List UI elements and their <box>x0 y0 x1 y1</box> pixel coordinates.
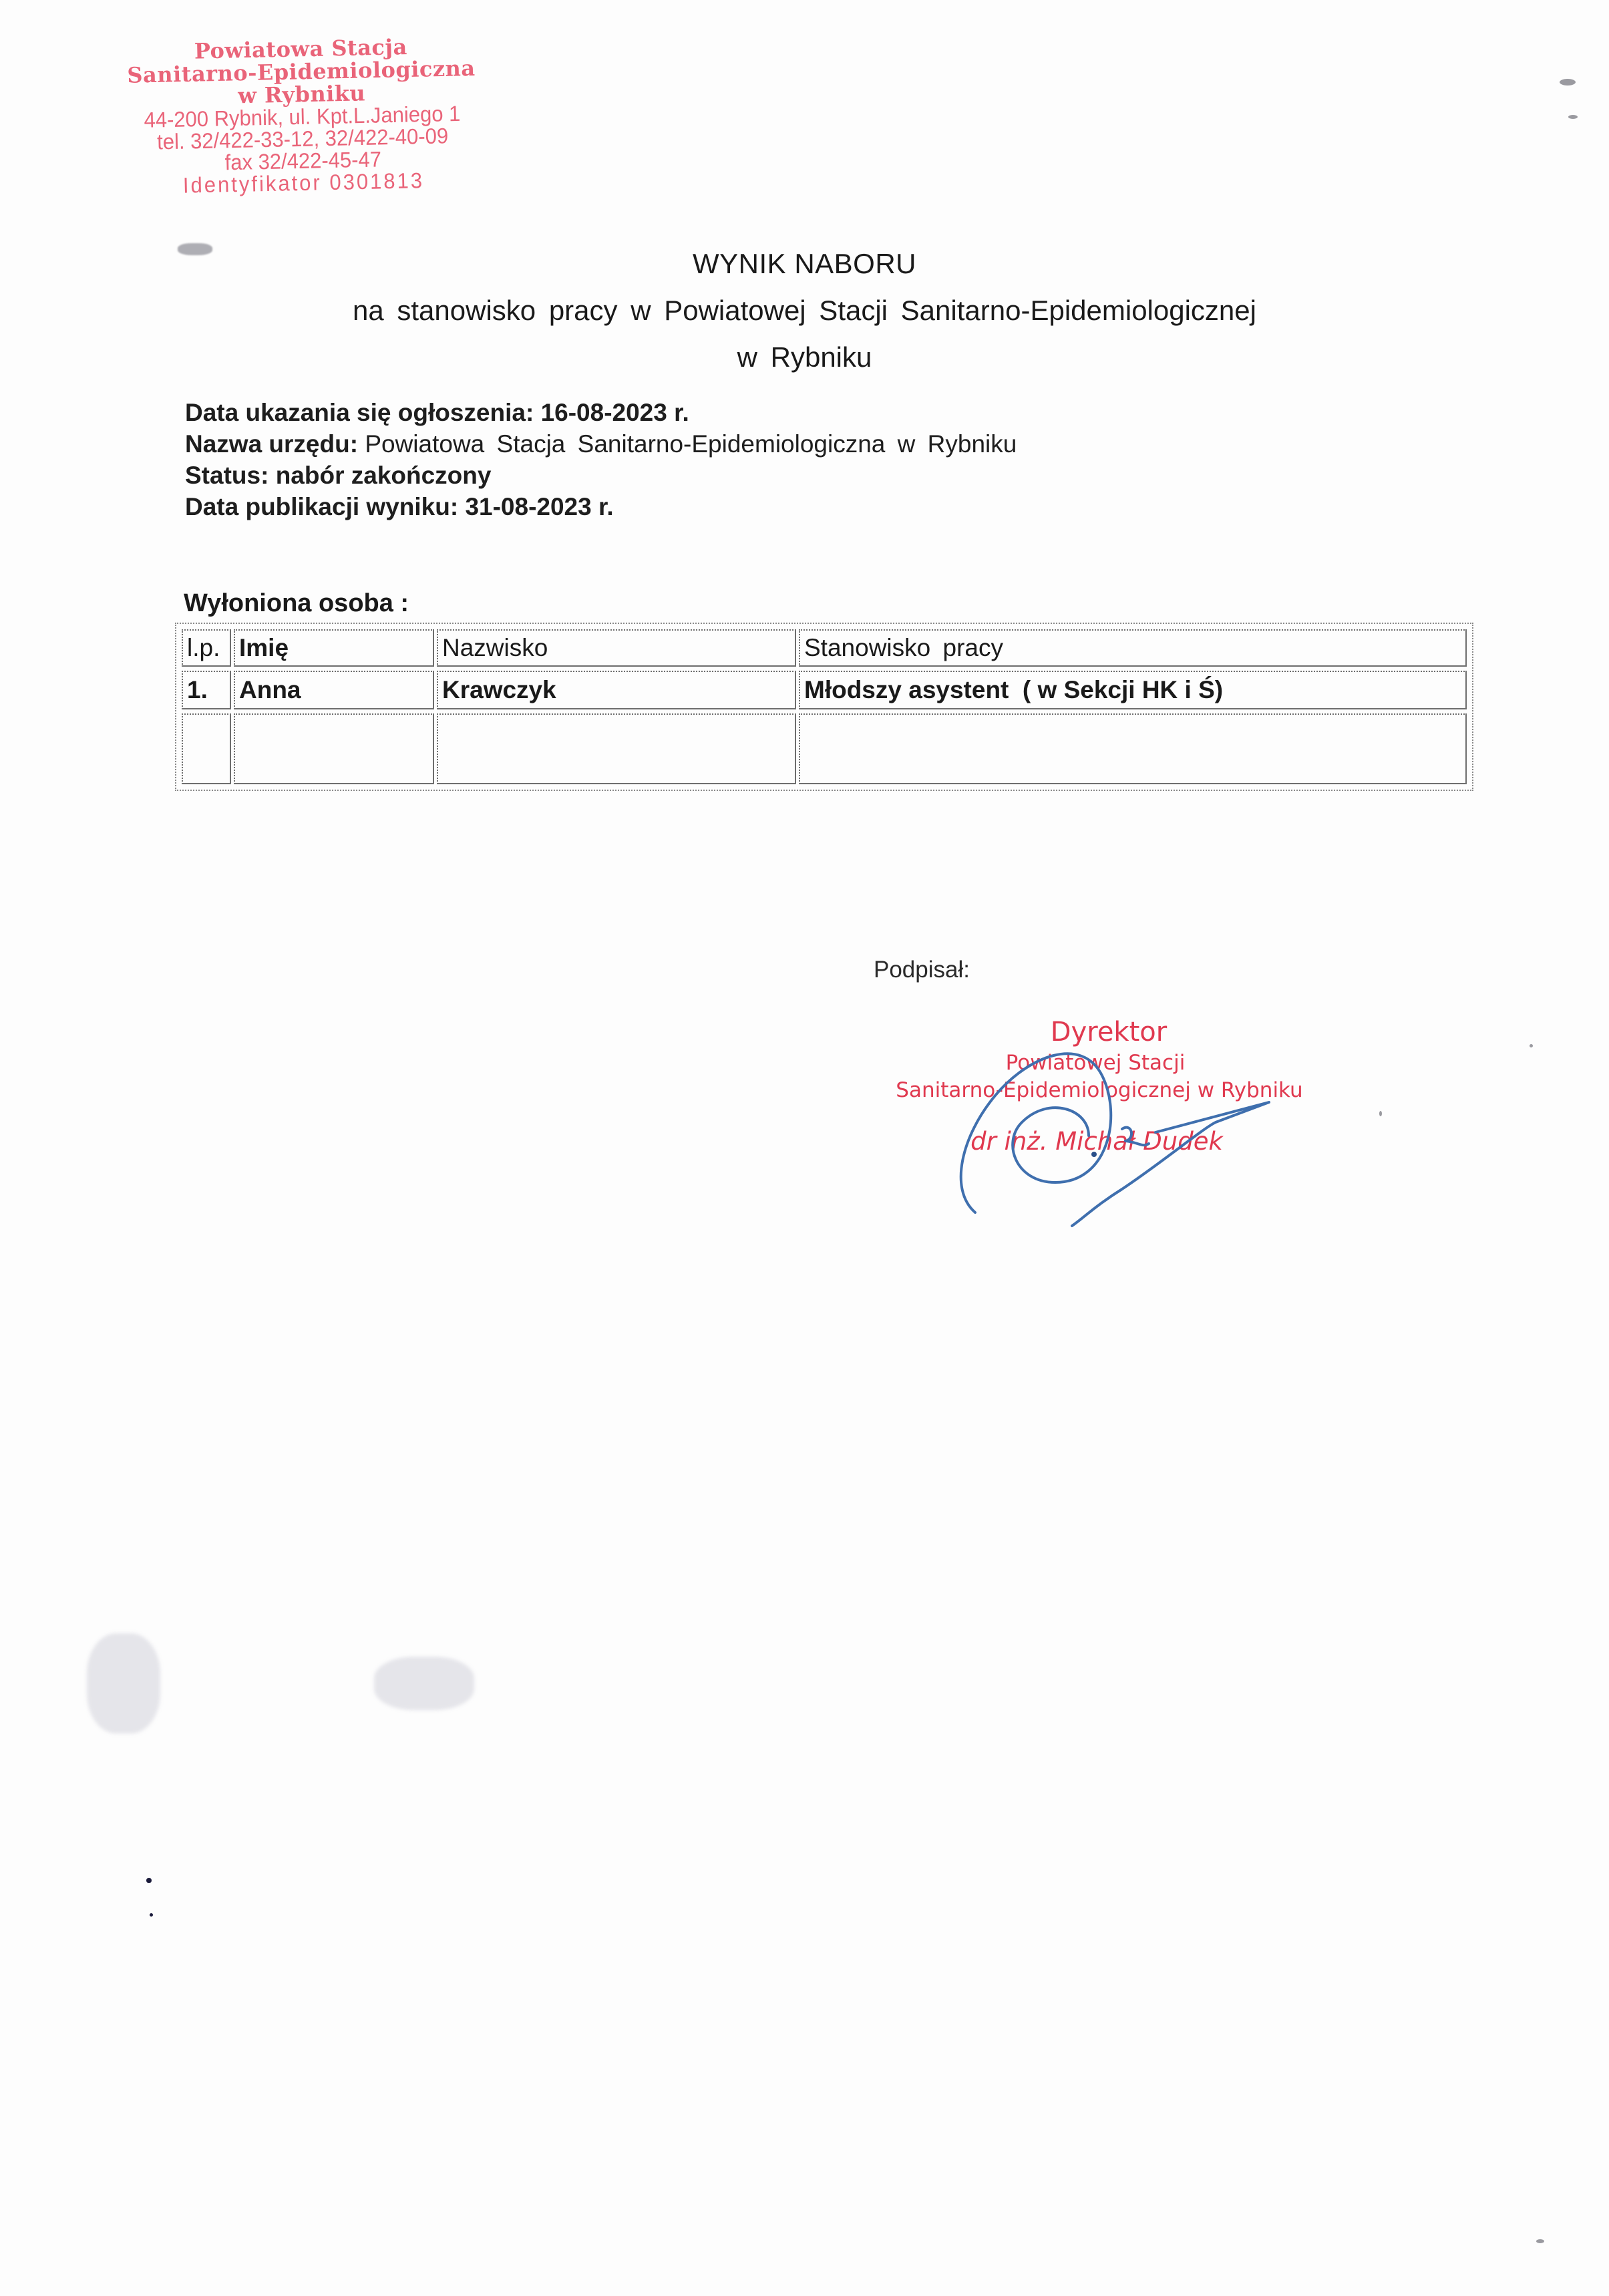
announcement-date-row: Data ukazania się ogłoszenia: 16-08-2023… <box>185 397 1017 428</box>
announcement-date-value: 16-08-2023 r. <box>541 399 689 426</box>
scan-smudge <box>374 1657 474 1710</box>
column-header-position: Stanowisko pracy <box>799 629 1467 667</box>
cell-position: Młodszy asystent ( w Sekcji HK i Ś) <box>799 671 1467 709</box>
result-date-label: Data publikacji wyniku: <box>185 493 458 520</box>
column-header-last-name: Nazwisko <box>437 629 796 667</box>
result-date-row: Data publikacji wyniku: 31-08-2023 r. <box>185 491 1017 522</box>
selected-person-table-frame: l.p. Imię Nazwisko Stanowisko pracy 1. A… <box>175 623 1473 791</box>
office-name-label: Nazwa urzędu: <box>185 430 358 458</box>
title-line-3: w Rybniku <box>0 334 1609 381</box>
director-org-line-1: Powiatowej Stacji <box>862 1049 1329 1077</box>
announcement-date-label: Data ukazania się ogłoszenia: <box>185 399 534 426</box>
scan-speck <box>1536 2239 1544 2243</box>
director-org-line-2: Sanitarno-Epidemiologicznej w Rybniku <box>866 1077 1333 1104</box>
scan-smudge <box>87 1633 160 1734</box>
status-row: Status: nabór zakończony <box>185 460 1017 491</box>
status-value: nabór zakończony <box>276 462 492 489</box>
scan-speck <box>1568 115 1578 119</box>
column-header-lp: l.p. <box>182 629 231 667</box>
recruitment-details: Data ukazania się ogłoszenia: 16-08-2023… <box>185 397 1017 522</box>
column-header-first-name: Imię <box>234 629 434 667</box>
scan-speck <box>150 1913 153 1917</box>
title-line-1: WYNIK NABORU <box>0 240 1609 287</box>
table-row <box>182 713 1467 784</box>
director-title: Dyrektor <box>875 1015 1343 1049</box>
title-line-2: na stanowisko pracy w Powiatowej Stacji … <box>0 287 1609 334</box>
document-title: WYNIK NABORU na stanowisko pracy w Powia… <box>0 240 1609 381</box>
scan-speck <box>1560 79 1576 86</box>
cell-lp <box>182 713 231 784</box>
signed-by-label: Podpisał: <box>874 957 970 983</box>
office-stamp: Powiatowa Stacja Sanitarno-Epidemiologic… <box>120 34 484 198</box>
selected-person-table: l.p. Imię Nazwisko Stanowisko pracy 1. A… <box>179 625 1469 788</box>
table-row: 1. Anna Krawczyk Młodszy asystent ( w Se… <box>182 671 1467 709</box>
selected-person-heading: Wyłoniona osoba : <box>184 589 409 618</box>
status-label: Status: <box>185 462 269 489</box>
cell-position <box>799 713 1467 784</box>
scan-speck <box>146 1878 152 1883</box>
scan-speck <box>1379 1111 1382 1116</box>
cell-first-name: Anna <box>234 671 434 709</box>
office-name-row: Nazwa urzędu: Powiatowa Stacja Sanitarno… <box>185 428 1017 460</box>
scan-smudge <box>178 243 212 255</box>
scan-speck <box>1530 1044 1533 1047</box>
cell-last-name: Krawczyk <box>437 671 796 709</box>
office-name-value: Powiatowa Stacja Sanitarno-Epidemiologic… <box>365 430 1017 458</box>
director-stamp: Dyrektor Powiatowej Stacji Sanitarno-Epi… <box>895 1015 1363 1157</box>
result-date-value: 31-08-2023 r. <box>465 493 613 520</box>
director-name: dr inż. Michał Dudek <box>863 1126 1330 1157</box>
cell-lp: 1. <box>182 671 231 709</box>
cell-last-name <box>437 713 796 784</box>
table-header-row: l.p. Imię Nazwisko Stanowisko pracy <box>182 629 1467 667</box>
cell-first-name <box>234 713 434 784</box>
